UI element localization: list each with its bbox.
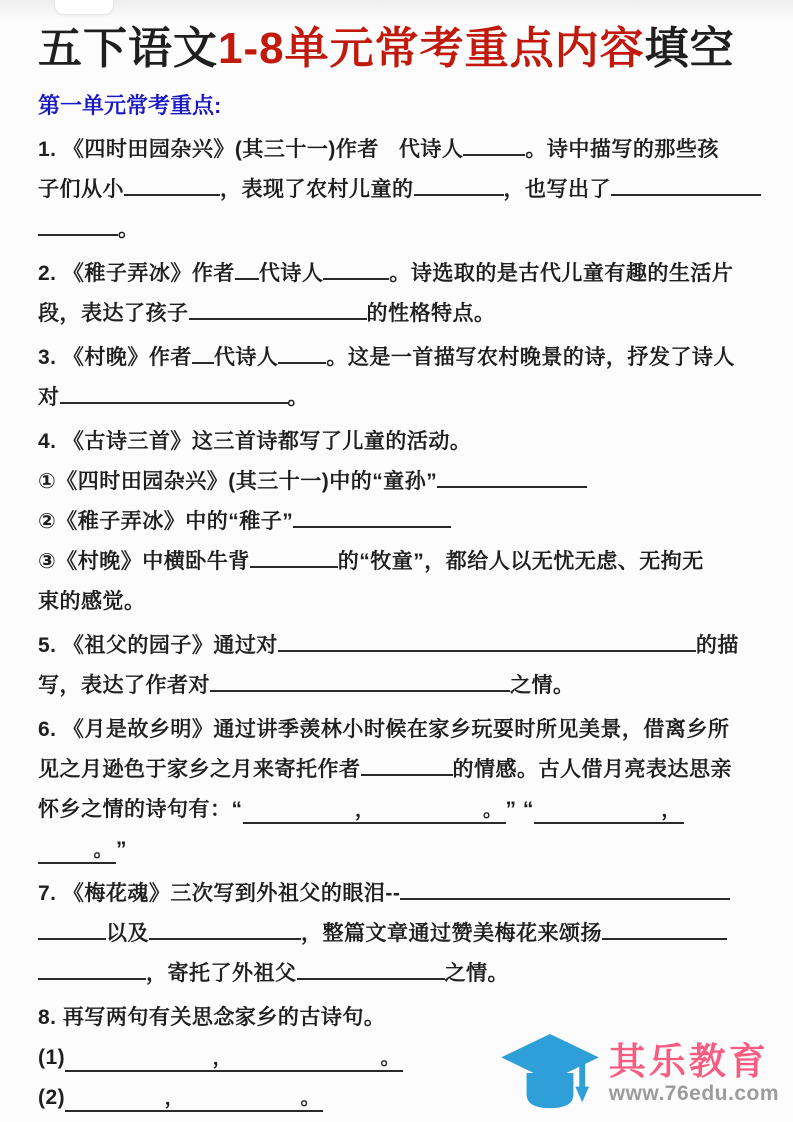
question-text: 写，表达了作者对 [38,674,210,697]
question-text: 的性格特点。 [367,302,496,325]
brand-text-block: 其乐教育 www.76edu.com [609,1042,779,1107]
question-text: ” “ [506,798,534,821]
question-text: ” [116,838,127,861]
question: 3. 《村晚》作者代诗人。这是一首描写农村晚景的诗，抒发了诗人对。 [38,338,759,418]
question-line: 7. 《梅花魂》三次写到外祖父的眼泪-- [38,874,759,914]
worksheet: 五下语文1-8单元常考重点内容填空 第一单元常考重点: 1. 《四时田园杂兴》(… [0,0,793,1118]
fill-blank: ， [534,800,684,824]
brand-name: 其乐教育 [609,1042,779,1083]
question-text: ③《村晚》中横卧牛背 [38,550,250,573]
fill-blank [278,362,326,364]
fill-blank [38,938,106,940]
question-text: 之情。 [510,674,575,697]
fill-blank [437,486,587,488]
fill-blank [463,154,525,156]
question: 7. 《梅花魂》三次写到外祖父的眼泪--以及，整篇文章通过赞美梅花来颂扬，寄托了… [38,874,759,994]
question-line: 怀乡之情的诗句有：“，。” “， [38,790,759,830]
fill-blank [210,690,510,692]
fill-blank [192,362,214,364]
question-text: 1. 《四时田园杂兴》(其三十一)作者 [38,138,379,161]
brand-logo: 其乐教育 www.76edu.com [501,1034,779,1114]
fill-blank [414,194,504,196]
question-text: 6. 《月是故乡明》通过讲季羡林小时候在家乡玩耍时所见美景，借离乡所 [38,718,729,741]
question-text: ，寄托了外祖父 [146,962,297,985]
fill-blank [189,318,367,320]
fill-blank [293,526,451,528]
question-text: 对 [38,386,60,409]
question: 1. 《四时田园杂兴》(其三十一)作者代诗人。诗中描写的那些孩子们从小，表现了农… [38,130,759,250]
question-line: 见之月逊色于家乡之月来寄托作者的情感。古人借月亮表达思亲 [38,750,759,790]
fill-blank [149,938,301,940]
question: 2. 《稚子弄冰》作者代诗人。诗选取的是古代儿童有趣的生活片段，表达了孩子的性格… [38,254,759,334]
fill-blank: 。 [235,1048,403,1072]
question-text: 8. 再写两句有关思念家乡的古诗句。 [38,1006,385,1029]
question-text: 的情感。古人借月亮表达思亲 [453,758,733,781]
fill-blank [250,566,338,568]
question-text: 段，表达了孩子 [38,302,189,325]
question-text: 的“牧童”，都给人以无忧无虑、无拘无 [338,550,704,573]
question-text: 代诗人 [214,346,279,369]
page-title: 五下语文1-8单元常考重点内容填空 [38,24,759,75]
question-line: 4. 《古诗三首》这三首诗都写了儿童的活动。 [38,422,759,462]
question: 4. 《古诗三首》这三首诗都写了儿童的活动。①《四时田园杂兴》(其三十一)中的“… [38,422,759,622]
question-text: 怀乡之情的诗句有：“ [38,798,243,821]
fill-blank [400,898,730,900]
fill-blank: ， [243,800,378,824]
question-text: ①《四时田园杂兴》(其三十一)中的“童孙” [38,470,437,493]
question-line: 段，表达了孩子的性格特点。 [38,294,759,334]
question-line: 。” [38,830,759,870]
fill-blank [297,978,445,980]
title-highlight: 1-8单元常考重点内容 [218,24,645,73]
questions-list: 1. 《四时田园杂兴》(其三十一)作者代诗人。诗中描写的那些孩子们从小，表现了农… [38,130,759,1118]
question-text: 子们从小 [38,178,124,201]
question-line: 。 [38,210,759,250]
question-text: 4. 《古诗三首》这三首诗都写了儿童的活动。 [38,430,471,453]
fill-blank [361,774,453,776]
question-line: 3. 《村晚》作者代诗人。这是一首描写农村晚景的诗，抒发了诗人 [38,338,759,378]
title-suffix: 填空 [645,24,735,73]
question-text: 的描 [696,634,739,657]
question-text: 。 [288,386,310,409]
question-text: 。诗选取的是古代儿童有趣的生活片 [389,262,733,285]
question-text: (1) [38,1046,65,1069]
question-text: 之情。 [445,962,510,985]
question-line: 6. 《月是故乡明》通过讲季羡林小时候在家乡玩耍时所见美景，借离乡所 [38,710,759,750]
fill-blank [278,650,696,652]
question-text: 。 [118,218,140,241]
question-line: 以及，整篇文章通过赞美梅花来颂扬 [38,914,759,954]
graduation-cap-icon [501,1034,599,1114]
fill-blank: ， [65,1088,187,1112]
question-text: 5. 《祖父的园子》通过对 [38,634,278,657]
fill-blank: ， [65,1048,235,1072]
question-text: ，表现了农村儿童的 [220,178,414,201]
fill-blank [60,402,288,404]
fill-blank [235,278,259,280]
question-line: ②《稚子弄冰》中的“稚子” [38,502,759,542]
question-text: 。这是一首描写农村晚景的诗，抒发了诗人 [326,346,735,369]
question-text: ，整篇文章通过赞美梅花来颂扬 [301,922,602,945]
question-text: 2. 《稚子弄冰》作者 [38,262,235,285]
fill-blank: 。 [378,800,506,824]
question-text: (2) [38,1086,65,1109]
fill-blank [38,234,118,236]
fill-blank [602,938,727,940]
fill-blank [611,194,761,196]
question-text: 以及 [106,922,149,945]
question-line: ①《四时田园杂兴》(其三十一)中的“童孙” [38,462,759,502]
question-line: 2. 《稚子弄冰》作者代诗人。诗选取的是古代儿童有趣的生活片 [38,254,759,294]
question-line: 8. 再写两句有关思念家乡的古诗句。 [38,998,759,1038]
question-line: ③《村晚》中横卧牛背的“牧童”，都给人以无忧无虑、无拘无 [38,542,759,582]
brand-website: www.76edu.com [609,1082,779,1106]
question-line: 1. 《四时田园杂兴》(其三十一)作者代诗人。诗中描写的那些孩 [38,130,759,170]
question-line: ，寄托了外祖父之情。 [38,954,759,994]
question-text: 代诗人 [399,138,464,161]
question-line: 对。 [38,378,759,418]
question-line: 写，表达了作者对之情。 [38,666,759,706]
question-text: ②《稚子弄冰》中的“稚子” [38,510,293,533]
question-text: 3. 《村晚》作者 [38,346,192,369]
question: 5. 《祖父的园子》通过对的描写，表达了作者对之情。 [38,626,759,706]
fill-blank [323,278,389,280]
section-heading: 第一单元常考重点: [38,89,759,120]
question-line: 子们从小，表现了农村儿童的，也写出了 [38,170,759,210]
question-line: 5. 《祖父的园子》通过对的描 [38,626,759,666]
fill-blank: 。 [187,1088,323,1112]
question-text: 代诗人 [259,262,324,285]
question-text: 束的感觉。 [38,590,146,613]
question-text: ，也写出了 [504,178,612,201]
fill-blank: 。 [38,840,116,864]
fill-blank [124,194,220,196]
title-prefix: 五下语文 [38,24,218,73]
question-text: 见之月逊色于家乡之月来寄托作者 [38,758,361,781]
question-text: 7. 《梅花魂》三次写到外祖父的眼泪-- [38,882,400,905]
fill-blank [38,978,146,980]
question-text: 。诗中描写的那些孩 [525,138,719,161]
question: 6. 《月是故乡明》通过讲季羡林小时候在家乡玩耍时所见美景，借离乡所见之月逊色于… [38,710,759,870]
question-line: 束的感觉。 [38,582,759,622]
